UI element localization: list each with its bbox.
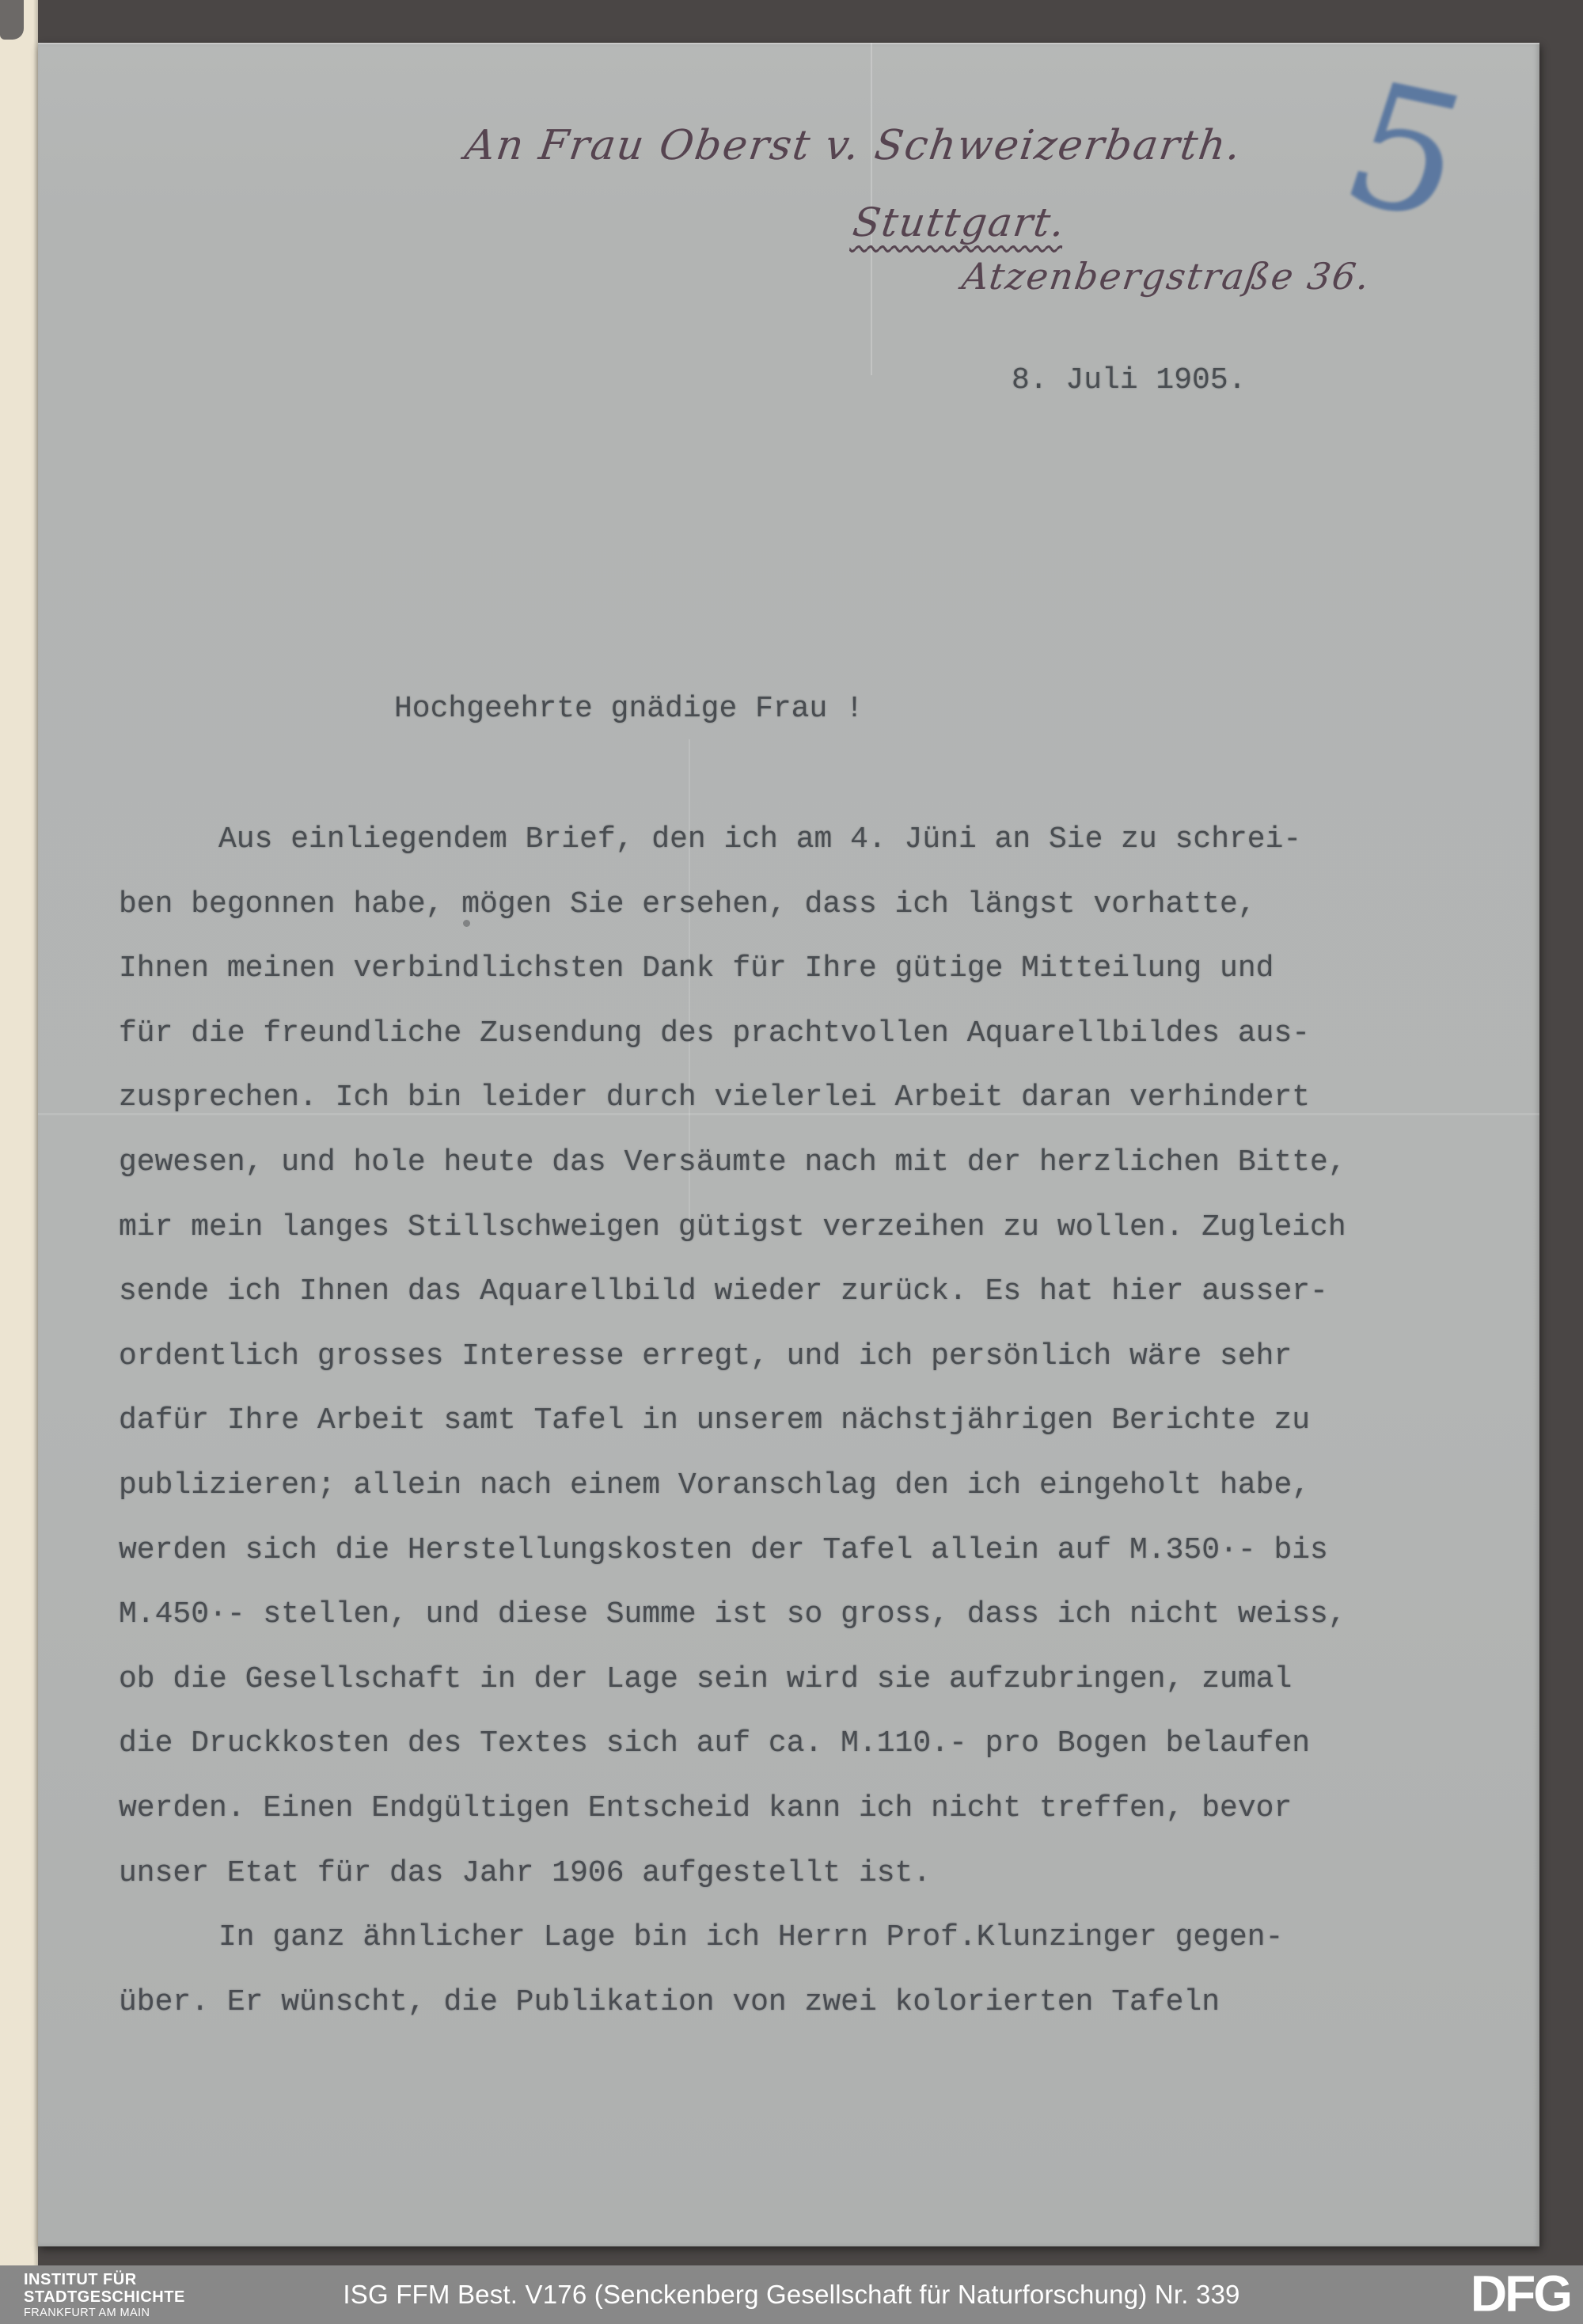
- handwritten-street: Atzenbergstraße 36.: [959, 255, 1373, 298]
- dfg-logo: DFG: [1471, 2269, 1570, 2319]
- letter-body-line: ordentlich grosses Interesse erregt, und…: [119, 1324, 1536, 1389]
- letter-body-line: zusprechen. Ich bin leider durch vielerl…: [119, 1065, 1536, 1130]
- archive-reference: ISG FFM Best. V176 (Senckenberg Gesellsc…: [0, 2280, 1583, 2310]
- letter-body: Aus einliegendem Brief, den ich am 4. Jü…: [119, 807, 1536, 2034]
- letter-body-line: ob die Gesellschaft in der Lage sein wir…: [119, 1647, 1536, 1712]
- letter-body-line: sende ich Ihnen das Aquarellbild wieder …: [119, 1259, 1536, 1324]
- letter-body-line: unser Etat für das Jahr 1906 aufgestellt…: [119, 1841, 1536, 1906]
- document-scan: An Frau Oberst v. Schweizerbarth. Stuttg…: [0, 0, 1583, 2324]
- album-page-edge: [0, 0, 38, 2324]
- letter-body-line: über. Er wünscht, die Publikation von zw…: [119, 1970, 1536, 2035]
- letter-body-line: In ganz ähnlicher Lage bin ich Herrn Pro…: [119, 1905, 1536, 1970]
- letter-body-line: dafür Ihre Arbeit samt Tafel in unserem …: [119, 1388, 1536, 1453]
- album-binding-corner: [0, 0, 24, 40]
- letter-body-line: werden. Einen Endgültigen Entscheid kann…: [119, 1776, 1536, 1841]
- letter-page: An Frau Oberst v. Schweizerbarth. Stuttg…: [38, 43, 1539, 2246]
- letter-body-line: werden sich die Herstellungskosten der T…: [119, 1518, 1536, 1583]
- archival-number-mark: 5: [1327, 59, 1486, 244]
- letter-body-line: für die freundliche Zusendung des pracht…: [119, 1001, 1536, 1066]
- letter-body-line: ben begonnen habe, mögen Sie ersehen, da…: [119, 872, 1536, 937]
- letter-body-line: M.450·- stellen, und diese Summe ist so …: [119, 1582, 1536, 1647]
- letter-body-line: publizieren; allein nach einem Voranschl…: [119, 1453, 1536, 1518]
- letter-salutation: Hochgeehrte gnädige Frau !: [394, 692, 864, 726]
- letter-body-line: die Druckkosten des Textes sich auf ca. …: [119, 1711, 1536, 1776]
- archive-footer-bar: INSTITUT FÜR STADTGESCHICHTE FRANKFURT A…: [0, 2265, 1583, 2324]
- letter-body-line: Ihnen meinen verbindlichsten Dank für Ih…: [119, 936, 1536, 1001]
- handwritten-recipient: An Frau Oberst v. Schweizerbarth.: [462, 122, 1245, 169]
- letter-date: 8. Juli 1905.: [1012, 363, 1246, 397]
- letter-body-line: Aus einliegendem Brief, den ich am 4. Jü…: [119, 807, 1536, 872]
- letter-body-line: gewesen, und hole heute das Versäumte na…: [119, 1130, 1536, 1195]
- letter-body-line: mir mein langes Stillschweigen gütigst v…: [119, 1195, 1536, 1260]
- handwritten-city: Stuttgart.: [850, 199, 1069, 245]
